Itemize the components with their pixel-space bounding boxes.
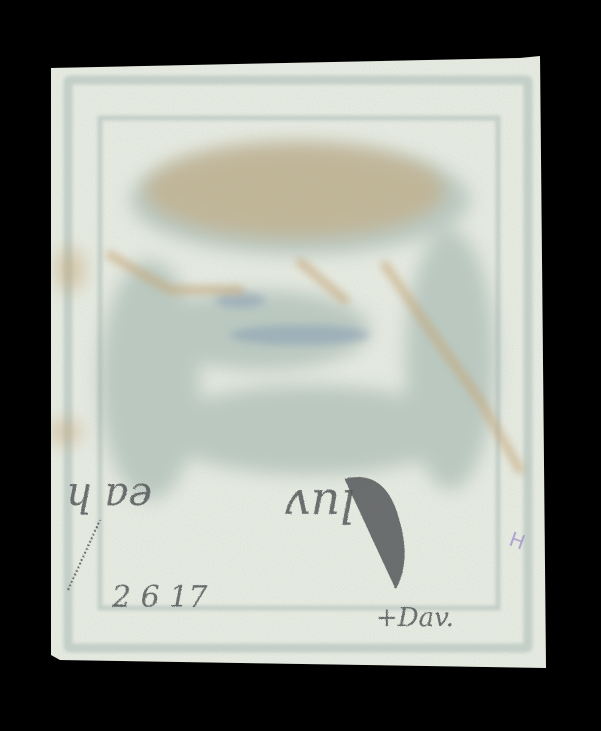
pencil-note-top-middle: luv — [285, 479, 355, 533]
pencil-note-top-left: ea h — [66, 474, 152, 520]
pencil-note-bottom-right: +Dav. — [376, 603, 454, 633]
pencil-note-bottom-left: 2 6 17 — [111, 580, 208, 615]
stamp-photo: ea h luv 2 6 17 +Dav. H — [0, 0, 601, 731]
